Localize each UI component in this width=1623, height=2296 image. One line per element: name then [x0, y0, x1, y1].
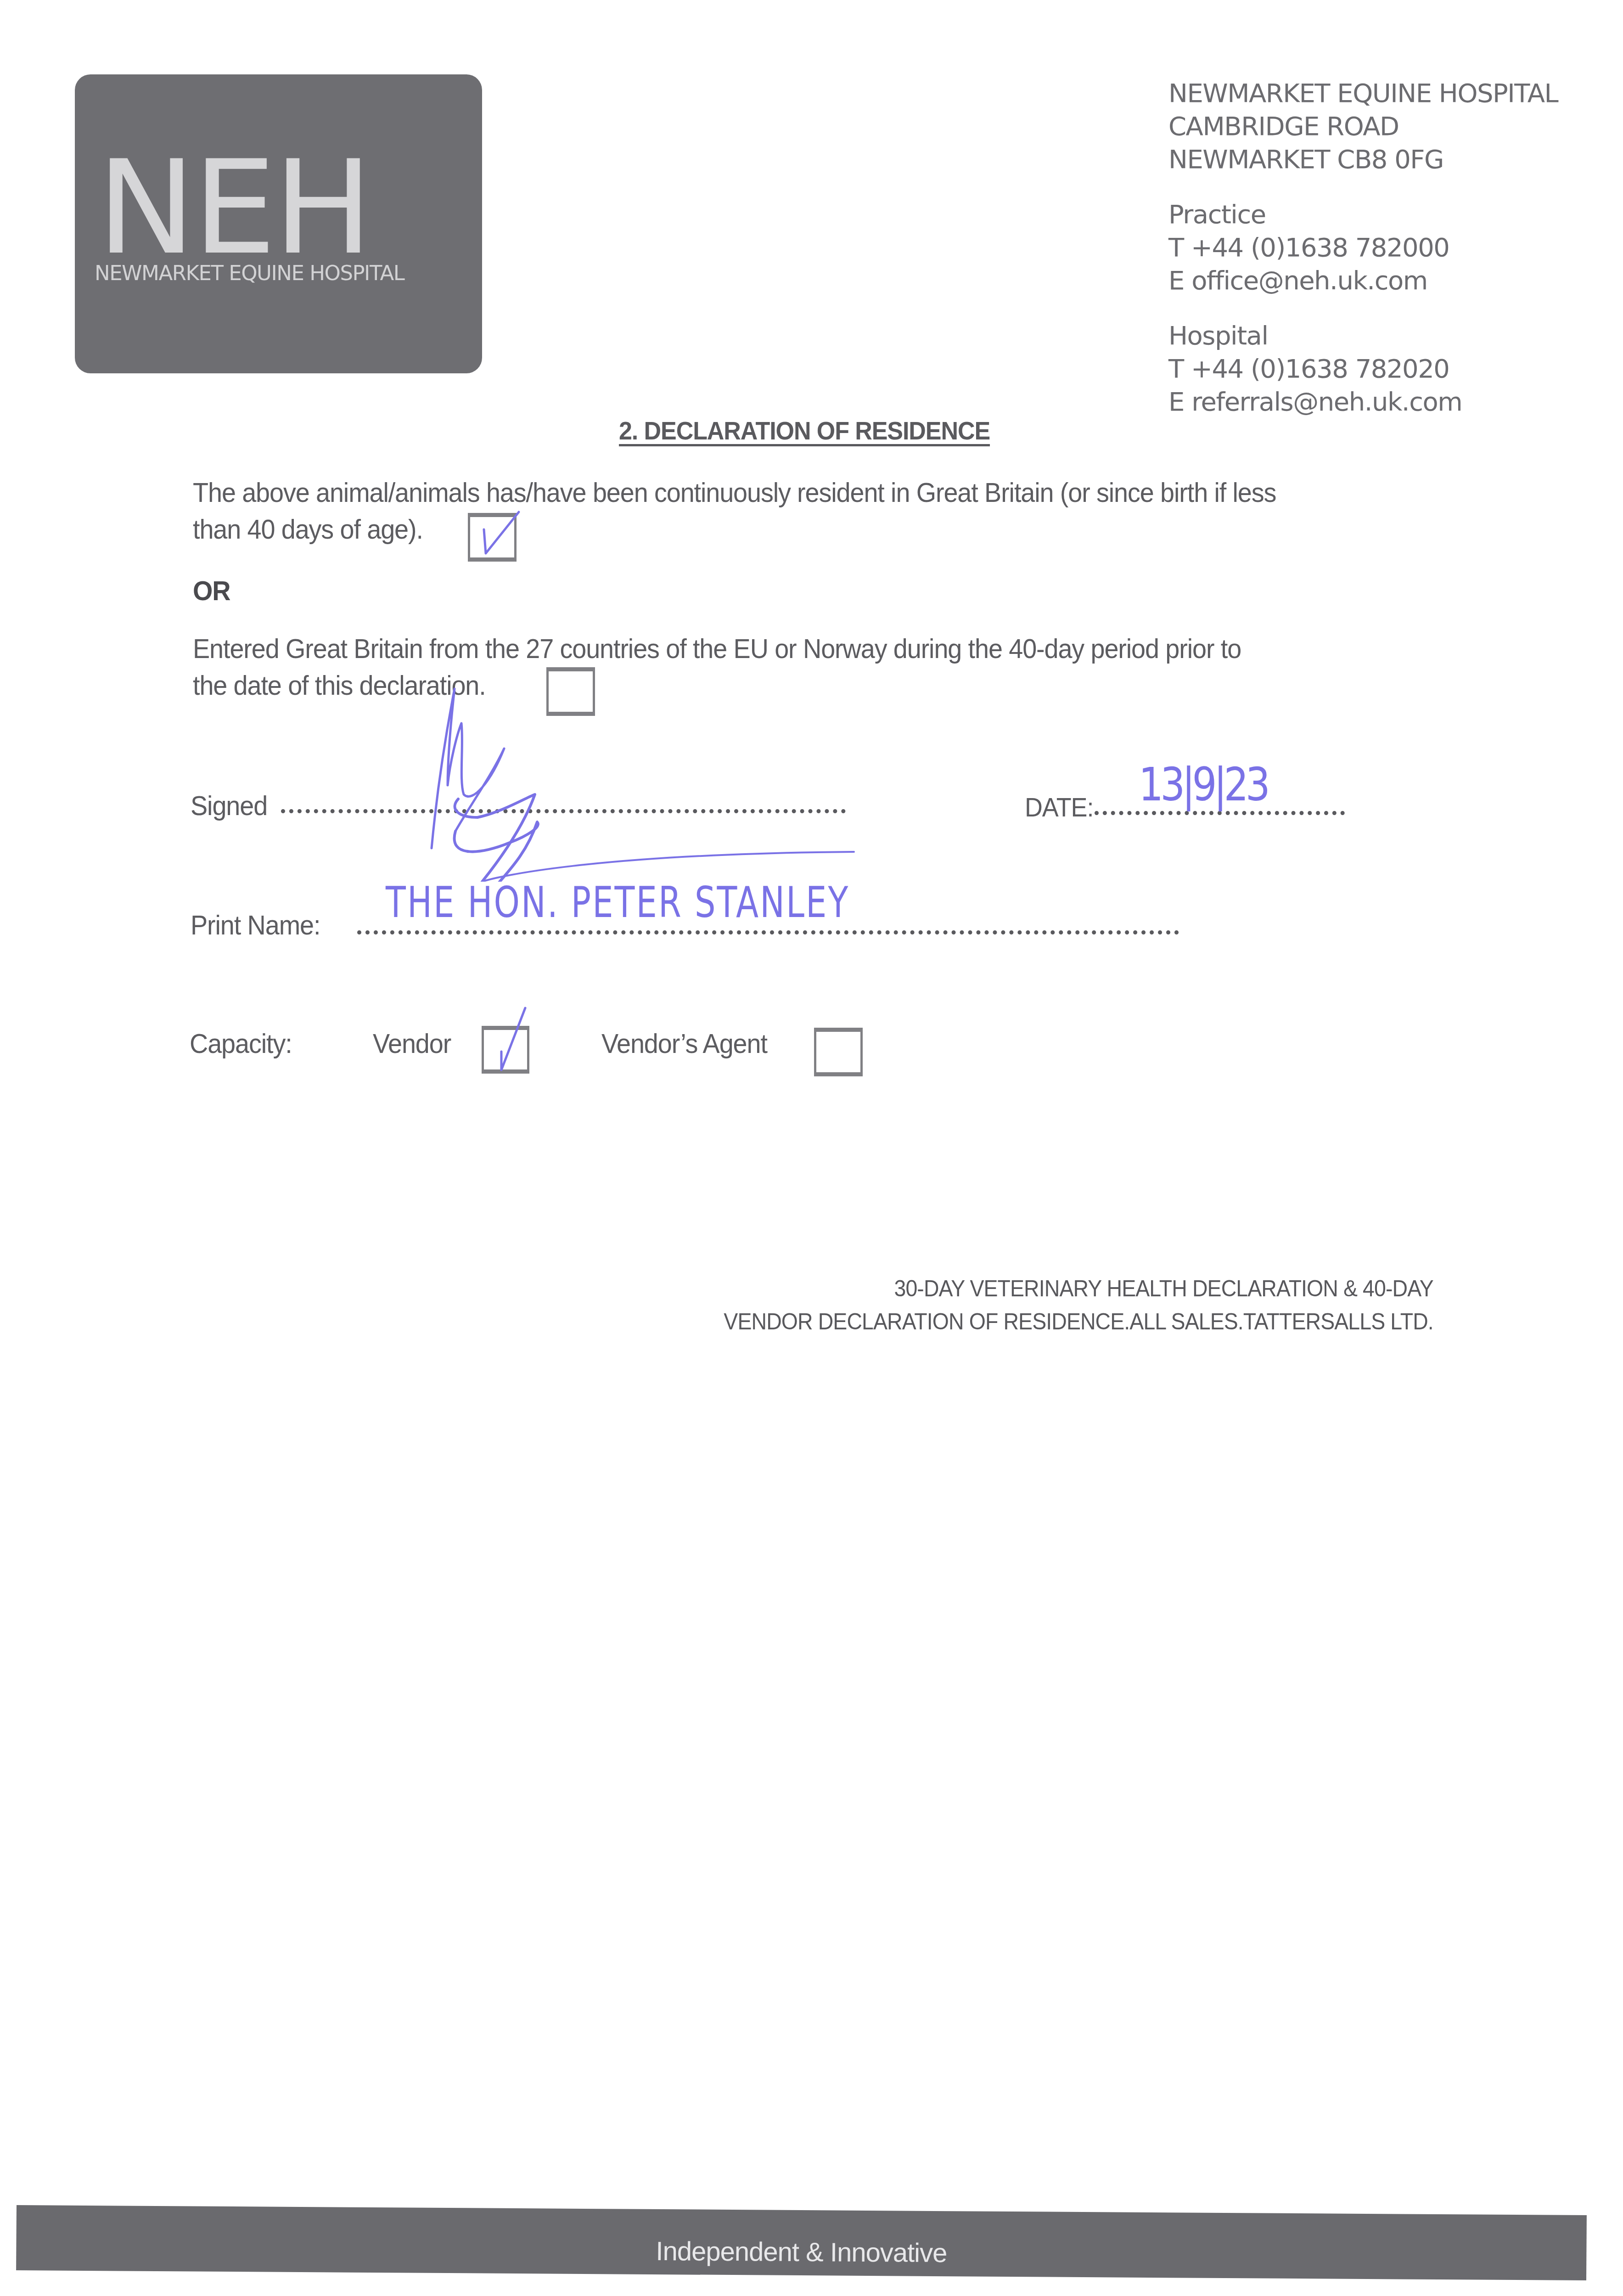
logo-subtitle: NEWMARKET EQUINE HOSPITAL: [95, 263, 404, 283]
footer-tagline: Independent & Innovative: [16, 2232, 1586, 2273]
address-block: NEWMARKET EQUINE HOSPITAL CAMBRIDGE ROAD…: [1168, 77, 1558, 419]
address-line-3: NEWMARKET CB8 0FG: [1168, 143, 1558, 176]
print-name-value: THE HON. PETER STANLEY: [386, 878, 850, 927]
form-reference-line1: 30-DAY VETERINARY HEALTH DECLARATION & 4…: [724, 1272, 1433, 1305]
checkmark-icon: [477, 1001, 551, 1075]
form-reference-note: 30-DAY VETERINARY HEALTH DECLARATION & 4…: [724, 1272, 1433, 1338]
form-reference-line2: VENDOR DECLARATION OF RESIDENCE.ALL SALE…: [724, 1305, 1433, 1338]
hospital-label: Hospital: [1168, 320, 1558, 353]
option1-text-line1: The above animal/animals has/have been c…: [193, 479, 1276, 506]
capacity-option-agent-label: Vendor’s Agent: [601, 1030, 767, 1058]
option1-text-line2: than 40 days of age).: [193, 516, 423, 543]
hospital-email: E referrals@neh.uk.com: [1168, 386, 1558, 419]
practice-phone: T +44 (0)1638 782000: [1168, 231, 1558, 264]
capacity-label: Capacity:: [190, 1030, 292, 1058]
footer-band: Independent & Innovative: [16, 2205, 1587, 2280]
practice-label: Practice: [1168, 198, 1558, 231]
capacity-option-vendor-label: Vendor: [373, 1030, 451, 1058]
signed-label: Signed: [191, 792, 267, 820]
date-label: DATE:: [1025, 794, 1093, 821]
print-name-label: Print Name:: [191, 912, 320, 939]
or-label: OR: [193, 577, 230, 605]
practice-email: E office@neh.uk.com: [1168, 264, 1558, 298]
signature-icon: [404, 680, 886, 882]
address-line-2: CAMBRIDGE ROAD: [1168, 110, 1558, 143]
print-name-line[interactable]: [357, 930, 1179, 934]
section-heading: 2. DECLARATION OF RESIDENCE: [619, 416, 990, 445]
address-line-1: NEWMARKET EQUINE HOSPITAL: [1168, 77, 1558, 110]
hospital-phone: T +44 (0)1638 782020: [1168, 353, 1558, 386]
date-line[interactable]: [1095, 811, 1345, 815]
capacity-agent-checkbox[interactable]: [814, 1028, 863, 1076]
checkmark-icon: [459, 496, 533, 569]
logo-mark: NEH: [97, 143, 370, 273]
neh-logo: NEH NEWMARKET EQUINE HOSPITAL: [75, 74, 482, 373]
date-value: 13|9|23: [1139, 758, 1267, 811]
option2-text-line1: Entered Great Britain from the 27 countr…: [193, 635, 1241, 663]
